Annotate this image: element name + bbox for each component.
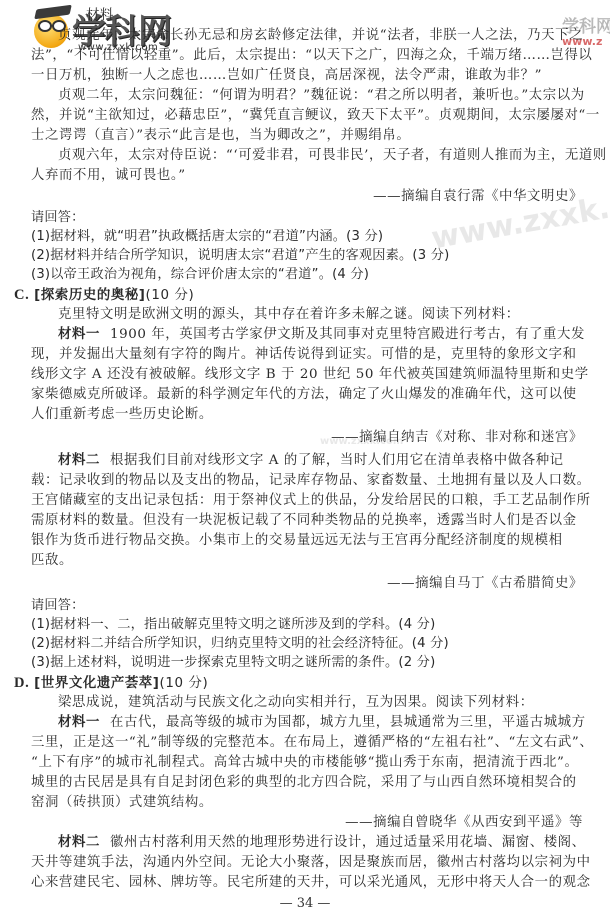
b-p1-line3: 一日万机，独断一人之虑也……岂如广任贤良，高居深视，法令严肃，谁敢为非？” — [31, 66, 583, 86]
c-m1-line1-text: 1900 年，英国考古学家伊文斯及其同事对克里特宫殿进行考古，有了重大发 — [110, 327, 585, 342]
material-label-fragment: 材料 — [86, 6, 126, 26]
d-m2-line1-text: 徽州古村落利用天然的地理形势进行设计，通过适量采用花墙、漏窗、楼阁、 — [110, 835, 586, 850]
c-material-1-label: 材料一 — [58, 327, 100, 342]
d-m1-line2: 三里，正是这一“礼”制等级的完整范本。在布局上，遵循严格的“左祖右社”、“左文右… — [31, 733, 583, 753]
b-p1-line2: 法”，“不可仕情以轻重”。此后，太宗提出：“以天下之广，四海之众，千端万绪……岂… — [31, 46, 583, 66]
c-m2-line1: 材料二根据我们目前对线形文字 A 的了解，当时人们用它在清单表格中做各种记 — [58, 451, 583, 471]
b-question-3: (3)以帝王政治为视角，综合评价唐太宗的“君道”。(4 分) — [31, 265, 583, 285]
section-d-letter: D. — [14, 675, 29, 691]
d-m2-line2: 天井等建筑手法，沟通内外空间。无论大小聚落，因是聚族而居，徽州古村落均以宗祠为中 — [31, 853, 583, 873]
d-m1-line4: 城里的古民居是具有自足封闭色彩的典型的北方四合院，采用了与山西自然环境相契合的 — [31, 773, 583, 793]
b-p3-line1: 贞观六年，太宗对侍臣说：“‘可爱非君，可畏非民’，天子者，有道则人推而为主，无道… — [58, 146, 583, 166]
c-question-3: (3)据上述材料，说明进一步探索克里特文明之谜所需的条件。(2 分) — [31, 653, 583, 673]
section-c-heading: C. [探索历史的奥秘](10 分) — [14, 285, 566, 306]
section-c-title: [探索历史的奥秘] — [34, 288, 145, 303]
c-m1-line2: 现，并发掘出大量刻有字符的陶片。神话传说得到证实。可惜的是，克里特的象形文字和 — [31, 345, 583, 365]
b-question-2: (2)据材料并结合所学知识，说明唐太宗“君道”产生的客观因素。(3 分) — [31, 246, 583, 266]
b-p1-line1: 贞观元年，太宗命长孙无忌和房玄龄修定法律，并说“法者，非朕一人之法，乃天下之 — [58, 26, 583, 46]
d-m1-line1-text: 在古代，最高等级的城市为国都，城方九里，县城通常为三里，平遥古城城方 — [110, 715, 586, 730]
b-p2-line1: 贞观二年，太宗问魏征：“何谓为明君？”魏征说：“君之所以明者，兼听也。”太宗以为 — [58, 86, 583, 106]
b-question-1: (1)据材料，就“明君”执政概括唐太宗的“君道”内涵。(3 分) — [31, 227, 583, 247]
d-m1-line3: “上下有序”的城市礼制程式。高耸古城中央的市楼能够“揽山秀于东南，挹清流于西北”… — [31, 753, 583, 773]
c-prompt: 请回答： — [31, 596, 583, 616]
d-m2-line1: 材料二徽州古村落利用天然的地理形势进行设计，通过适量采用花墙、漏窗、楼阁、 — [58, 833, 583, 853]
d-intro: 梁思成说，建筑活动与民族文化之动向实相并行，互为因果。阅读下列材料： — [58, 693, 583, 713]
b-prompt: 请回答： — [31, 208, 583, 228]
d-m1-source: ——摘编自曾晓华《从西安到平遥》等 — [31, 813, 583, 833]
exam-page: 学科网 www.zxxk.com 学科网 www.z www.zxxk.com … — [0, 0, 610, 922]
c-m2-line1-text: 根据我们目前对线形文字 A 的了解，当时人们用它在清单表格中做各种记 — [110, 453, 564, 468]
c-m1-source: ——摘编自纳吉《对称、非对称和迷宫》 — [31, 428, 583, 448]
c-m1-line1: 材料一1900 年，英国考古学家伊文斯及其同事对克里特宫殿进行考古，有了重大发 — [58, 325, 583, 345]
c-m1-line3: 线形文字 A 还没有被破解。线形文字 B 于 20 世纪 50 年代被英国建筑师… — [31, 365, 583, 385]
c-m1-line4: 家柴德威克所破译。最新的科学测定年代的方法，确定了火山爆发的准确年代，这可以使 — [31, 385, 583, 405]
b-p2-line3: 士之谔谔（直言）”表示“此言是也，当为卿改之”，并赐绢帛。 — [31, 126, 583, 146]
c-material-2-label: 材料二 — [58, 453, 100, 468]
section-d-heading: D. [世界文化遗产荟萃](10 分) — [14, 673, 566, 694]
d-m1-line5: 窑洞（砖拱顶）式建筑结构。 — [31, 793, 583, 813]
b-p3-line2: 人弃而不用，诚可畏也。” — [31, 166, 583, 186]
c-question-2: (2)据材料二并结合所学知识，归纳克里特文明的社会经济特征。(4 分) — [31, 634, 583, 654]
c-m2-line2: 载：记录收到的物品以及支出的物品，记录库存物品、家畜数量、土地拥有量以及人口数。 — [31, 471, 583, 491]
section-d-title: [世界文化遗产荟萃] — [34, 676, 159, 691]
section-c-letter: C. — [14, 287, 29, 303]
c-m2-line3: 王宫储藏室的支出记录包括：用于祭神仪式上的供品，分发给居民的口粮，手工艺品制作所 — [31, 491, 583, 511]
d-material-2-label: 材料二 — [58, 835, 100, 850]
c-question-1: (1)据材料一、二，指出破解克里特文明之谜所涉及到的学科。(4 分) — [31, 615, 583, 635]
d-material-1-label: 材料一 — [58, 715, 100, 730]
section-c-points: (10 分) — [146, 288, 195, 303]
c-intro: 克里特文明是欧洲文明的源头，其中存在着许多未解之谜。阅读下列材料： — [58, 305, 583, 325]
d-m1-line1: 材料一在古代，最高等级的城市为国都，城方九里，县城通常为三里，平遥古城城方 — [58, 713, 583, 733]
b-p2-line2: 然，并说“主欲知过，必藉忠臣”，“冀凭直言鲠议，致天下太平”。贞观期间，太宗屡屡… — [31, 106, 583, 126]
glasses-left-icon — [38, 20, 52, 32]
section-d-points: (10 分) — [160, 676, 209, 691]
d-m2-line3: 心来营建民宅、园林、牌坊等。民宅所建的天井，可以采光通风，无形中将天人合一的观念 — [31, 873, 583, 893]
c-m2-line5: 银作为货币进行物品交换。小集市上的交易量远远无法与王宫再分配经济制度的规模相 — [31, 531, 583, 551]
c-m2-source: ——摘编自马丁《古希腊简史》 — [31, 574, 583, 594]
page-number: — 34 — — [0, 896, 610, 911]
c-m2-line4: 需原材料的数量。但没有一块泥板记载了不同种类物品的兑换率，透露当时人们是否以金 — [31, 511, 583, 531]
c-m2-line6: 匹敌。 — [31, 551, 583, 571]
c-m1-line5: 人们重新考虑一些历史论断。 — [31, 405, 583, 425]
b-source: ——摘编自袁行霈《中华文明史》 — [31, 187, 583, 207]
